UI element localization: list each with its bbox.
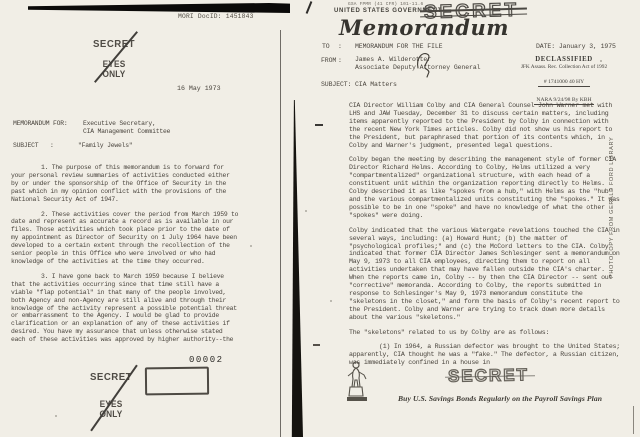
scan-seam-line bbox=[280, 30, 281, 437]
photocopy-source-note: PHOTOCOPY FROM GERALD FORD LIBRARY bbox=[609, 128, 615, 278]
to-value: MEMORANDUM FOR THE FILE bbox=[355, 43, 442, 50]
scan-speck bbox=[22, 120, 24, 122]
subject-value: "Family Jewels" bbox=[78, 142, 133, 149]
to-colon: : bbox=[338, 43, 342, 50]
paragraph-4: The "skeletons" related to us by Colby a… bbox=[349, 329, 622, 337]
subject-label: SUBJECT bbox=[13, 142, 38, 149]
paragraph-2: 2. These activities cover the period fro… bbox=[11, 211, 239, 266]
scan-speck bbox=[600, 60, 602, 62]
paragraph-3: 3. I have gone back to March 1959 becaus… bbox=[11, 273, 239, 344]
secret-eyes-only-stamp-top: SECRET EYES ONLY bbox=[88, 38, 140, 79]
paragraph-5: (1) In 1964, a Russian defector was brou… bbox=[349, 343, 622, 367]
scan-speck bbox=[55, 415, 57, 417]
scanned-document-pair: MORI DocID: 1451843 SECRET EYES ONLY 16 … bbox=[0, 0, 640, 437]
date-value: January 3, 1975 bbox=[559, 43, 616, 50]
savings-bonds-footer-slogan: Buy U.S. Savings Bonds Regularly on the … bbox=[398, 394, 602, 403]
declassified-number: # 1741000 40 HY bbox=[538, 79, 590, 87]
stray-dash-mark bbox=[315, 124, 323, 126]
declassified-stamp: DECLASSIFIED JFK Assass. Rec. Collection… bbox=[494, 56, 634, 106]
to-label: TO bbox=[322, 43, 330, 50]
date-row: DATE: January 3, 1975 bbox=[536, 43, 616, 50]
stray-dash-mark bbox=[313, 344, 320, 346]
paragraph-1: 1. The purpose of this memorandum is to … bbox=[11, 164, 239, 204]
handwritten-initials-scribble bbox=[414, 50, 436, 78]
memorandum-form-title: Memorandum bbox=[339, 15, 509, 40]
memo-body-text: CIA Director William Colby and CIA Gener… bbox=[349, 102, 622, 374]
paragraph-2: Colby began the meeting by describing th… bbox=[349, 156, 622, 219]
scan-speck bbox=[250, 245, 252, 247]
secret-eyes-only-stamp-bottom: SECRET EYES ONLY bbox=[85, 371, 137, 419]
form-number-line: GSA FPMR (41 CFR) 101-11.6 bbox=[348, 2, 423, 7]
scan-speck bbox=[330, 300, 332, 302]
memo-date: 16 May 1973 bbox=[177, 85, 221, 92]
subject-label: SUBJECT: bbox=[321, 81, 351, 88]
subject-value: CIA Matters bbox=[355, 81, 397, 88]
memorandum-for-recipient-line2: CIA Management Committee bbox=[83, 128, 170, 135]
paragraph-3: Colby indicated that the various Waterga… bbox=[349, 227, 622, 322]
savings-bonds-minuteman-icon bbox=[344, 360, 370, 406]
memorandum-for-recipient-line1: Executive Secretary, bbox=[83, 120, 156, 127]
blank-stamp-box bbox=[145, 367, 209, 396]
date-label: DATE: bbox=[536, 43, 555, 50]
handwritten-slash-mark bbox=[306, 1, 313, 14]
declassified-title: DECLASSIFIED bbox=[494, 56, 634, 63]
scan-edge-line bbox=[633, 406, 634, 434]
scan-speck bbox=[305, 210, 307, 212]
secret-stamp-bottom: SECRET bbox=[448, 365, 529, 386]
from-colon: : bbox=[338, 57, 342, 64]
memo-body-text: 1. The purpose of this memorandum is to … bbox=[11, 164, 239, 351]
mori-docid: MORI DocID: 1451843 bbox=[178, 13, 254, 20]
subject-colon: : bbox=[50, 142, 54, 149]
scan-seam-shadow-wedge bbox=[290, 100, 303, 437]
paragraph-1: CIA Director William Colby and CIA Gener… bbox=[349, 102, 622, 149]
page-number: 00002 bbox=[189, 355, 224, 365]
from-label: FROM bbox=[321, 57, 336, 64]
scan-artifact-black-bar bbox=[28, 3, 290, 13]
